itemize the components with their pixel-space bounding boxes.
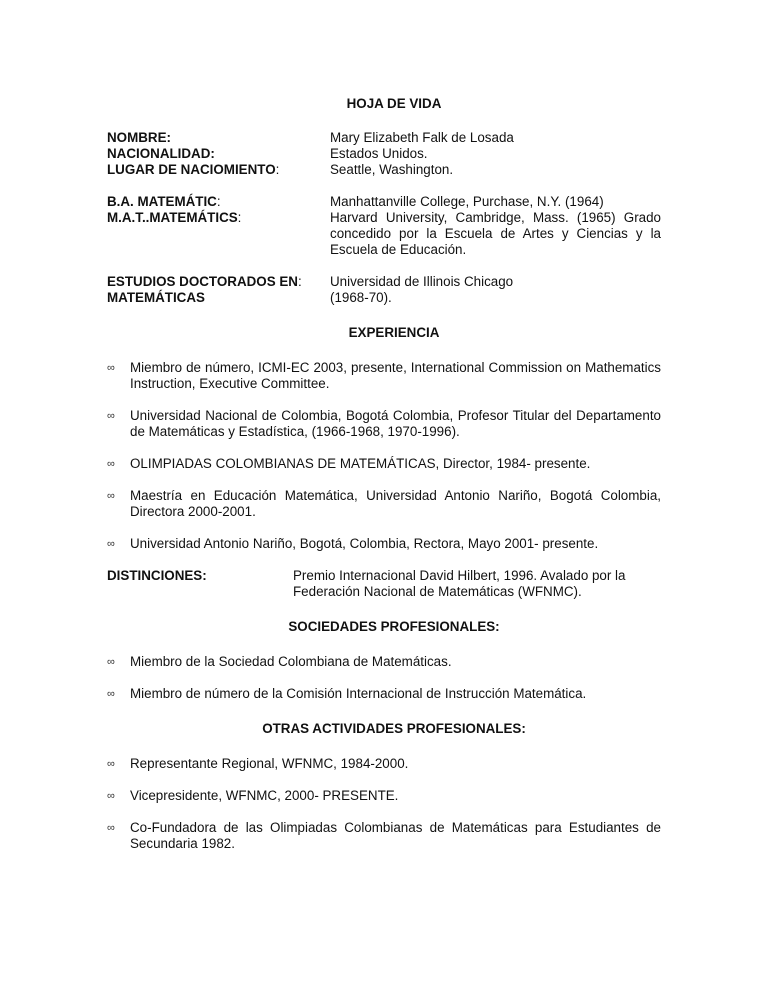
infinity-bullet-icon: ∞ (107, 536, 115, 552)
list-item: ∞Vicepresidente, WFNMC, 2000- PRESENTE. (107, 788, 661, 804)
list-item-text: OLIMPIADAS COLOMBIANAS DE MATEMÁTICAS, D… (130, 456, 590, 471)
list-item-text: Co-Fundadora de las Olimpiadas Colombian… (130, 820, 661, 851)
cv-document: HOJA DE VIDA NOMBRE: Mary Elizabeth Falk… (107, 96, 661, 868)
list-item-text: Miembro de número de la Comisión Interna… (130, 686, 586, 701)
birthplace-label-text: LUGAR DE NACIOMIENTO (107, 162, 276, 177)
list-item-text: Maestría en Educación Matemática, Univer… (130, 488, 661, 519)
list-item-text: Miembro de número, ICMI-EC 2003, present… (130, 360, 661, 391)
ba-label-text: B.A. MATEMÁTIC (107, 194, 217, 209)
birthplace-value: Seattle, Washington. (330, 162, 661, 178)
list-item-text: Universidad Nacional de Colombia, Bogotá… (130, 408, 661, 439)
nationality-label: NACIONALIDAD: (107, 146, 330, 162)
degrees: B.A. MATEMÁTIC: Manhattanville College, … (107, 194, 661, 258)
ba-value: Manhattanville College, Purchase, N.Y. (… (330, 194, 661, 210)
list-item-text: Universidad Antonio Nariño, Bogotá, Colo… (130, 536, 598, 551)
doctoral-label-text: ESTUDIOS DOCTORADOS EN (107, 274, 298, 289)
infinity-bullet-icon: ∞ (107, 488, 115, 504)
list-item: ∞OLIMPIADAS COLOMBIANAS DE MATEMÁTICAS, … (107, 456, 661, 472)
infinity-bullet-icon: ∞ (107, 654, 115, 670)
ba-label: B.A. MATEMÁTIC: (107, 194, 330, 210)
list-item: ∞Universidad Antonio Nariño, Bogotá, Col… (107, 536, 661, 552)
distinciones: DISTINCIONES: Premio Internacional David… (107, 568, 661, 600)
list-item: ∞Miembro de número de la Comisión Intern… (107, 686, 661, 702)
distinciones-value: Premio Internacional David Hilbert, 1996… (293, 568, 661, 600)
mat-value: Harvard University, Cambridge, Mass. (19… (330, 210, 661, 258)
infinity-bullet-icon: ∞ (107, 820, 115, 836)
doctoral-label: ESTUDIOS DOCTORADOS EN: (107, 274, 330, 290)
mat-label-text: M.A.T..MATEMÁTICS (107, 210, 238, 225)
list-item: ∞Miembro de la Sociedad Colombiana de Ma… (107, 654, 661, 670)
doctoral-value-line2: (1968-70). (330, 290, 661, 306)
nationality-value: Estados Unidos. (330, 146, 661, 162)
experiencia-heading: EXPERIENCIA (107, 325, 661, 341)
document-title: HOJA DE VIDA (107, 96, 661, 112)
list-item: ∞Universidad Nacional de Colombia, Bogot… (107, 408, 661, 440)
doctoral-label-colon: : (298, 274, 302, 289)
list-item-text: Vicepresidente, WFNMC, 2000- PRESENTE. (130, 788, 398, 803)
experiencia-list: ∞Miembro de número, ICMI-EC 2003, presen… (107, 360, 661, 552)
birthplace-label-colon: : (276, 162, 280, 177)
sociedades-list: ∞Miembro de la Sociedad Colombiana de Ma… (107, 654, 661, 702)
list-item: ∞Maestría en Educación Matemática, Unive… (107, 488, 661, 520)
infinity-bullet-icon: ∞ (107, 456, 115, 472)
sociedades-heading: SOCIEDADES PROFESIONALES: (107, 619, 661, 635)
infinity-bullet-icon: ∞ (107, 360, 115, 376)
personal-info: NOMBRE: Mary Elizabeth Falk de Losada NA… (107, 130, 661, 178)
name-label: NOMBRE: (107, 130, 330, 146)
mat-label: M.A.T..MATEMÁTICS: (107, 210, 330, 258)
otras-heading: OTRAS ACTIVIDADES PROFESIONALES: (107, 721, 661, 737)
doctoral-value-line1: Universidad de Illinois Chicago (330, 274, 661, 290)
infinity-bullet-icon: ∞ (107, 408, 115, 424)
infinity-bullet-icon: ∞ (107, 686, 115, 702)
ba-label-colon: : (217, 194, 221, 209)
list-item: ∞Miembro de número, ICMI-EC 2003, presen… (107, 360, 661, 392)
name-value: Mary Elizabeth Falk de Losada (330, 130, 661, 146)
doctoral-studies: ESTUDIOS DOCTORADOS EN: Universidad de I… (107, 274, 661, 306)
distinciones-label: DISTINCIONES: (107, 568, 293, 600)
infinity-bullet-icon: ∞ (107, 788, 115, 804)
list-item-text: Representante Regional, WFNMC, 1984-2000… (130, 756, 408, 771)
mat-label-colon: : (238, 210, 242, 225)
list-item: ∞Co-Fundadora de las Olimpiadas Colombia… (107, 820, 661, 852)
infinity-bullet-icon: ∞ (107, 756, 115, 772)
doctoral-label-line2: MATEMÁTICAS (107, 290, 330, 306)
birthplace-label: LUGAR DE NACIOMIENTO: (107, 162, 330, 178)
otras-list: ∞Representante Regional, WFNMC, 1984-200… (107, 756, 661, 852)
list-item-text: Miembro de la Sociedad Colombiana de Mat… (130, 654, 452, 669)
list-item: ∞Representante Regional, WFNMC, 1984-200… (107, 756, 661, 772)
